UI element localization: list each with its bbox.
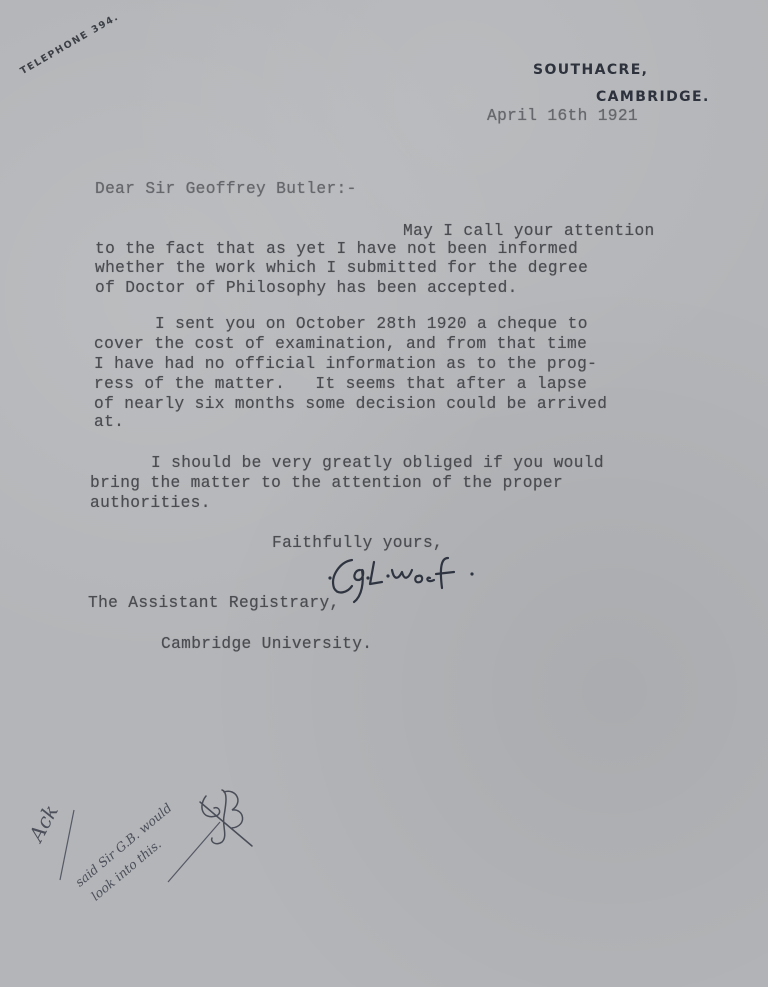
salutation: Dear Sir Geoffrey Butler:- (95, 181, 357, 197)
paragraph-line: authorities. (90, 495, 211, 511)
initials (192, 786, 262, 861)
letterhead-address-line-2: CAMBRIDGE. (596, 89, 710, 105)
signature (322, 548, 482, 608)
paragraph-line: May I call your attention (403, 223, 655, 239)
telephone-number: TELEPHONE 394. (19, 11, 122, 77)
letter-page: TELEPHONE 394. SOUTHACRE, CAMBRIDGE. Apr… (0, 0, 768, 987)
paragraph-line: bring the matter to the attention of the… (90, 475, 563, 491)
paragraph-line: I sent you on October 28th 1920 a cheque… (155, 316, 588, 332)
paragraph-line: of nearly six months some decision could… (94, 396, 607, 412)
paragraph-line: ress of the matter. It seems that after … (94, 376, 587, 392)
paragraph-line: to the fact that as yet I have not been … (95, 241, 578, 257)
recipient-institution: Cambridge University. (161, 636, 372, 652)
initials-scribble-icon (192, 786, 262, 856)
paragraph-line: of Doctor of Philosophy has been accepte… (95, 280, 518, 296)
letterhead-address-line-1: SOUTHACRE, (533, 62, 648, 78)
letter-date: April 16th 1921 (487, 108, 638, 124)
recipient-title: The Assistant Registrary, (88, 595, 340, 611)
paragraph-line: I should be very greatly obliged if you … (151, 455, 604, 471)
signature-scribble-icon (322, 548, 482, 608)
paragraph-line: whether the work which I submitted for t… (95, 260, 588, 276)
paragraph-line: at. (94, 414, 124, 430)
paragraph-line: cover the cost of examination, and from … (94, 336, 587, 352)
paragraph-line: I have had no official information as to… (94, 356, 597, 372)
marginal-notes: Ack said Sir G.B. would look into this. (20, 770, 260, 900)
